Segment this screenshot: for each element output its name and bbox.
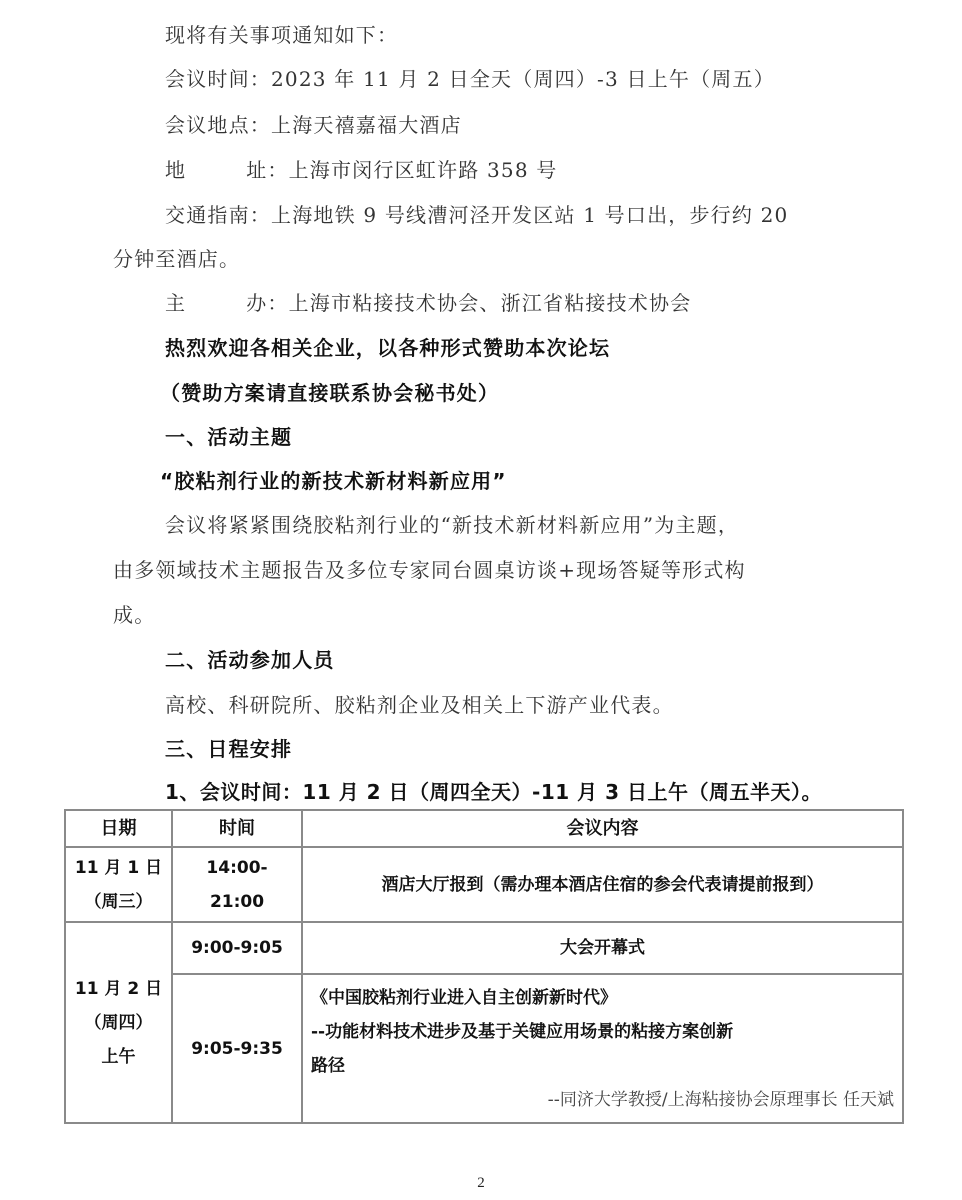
weekday-text: （周四） (74, 1006, 163, 1040)
address-value: 上海市闵行区虹许路 358 号 (289, 158, 558, 182)
address-label-b: 址： (246, 158, 288, 182)
date-text: 11 月 2 日 (74, 972, 163, 1006)
header-time: 时间 (172, 810, 302, 847)
content-cell: 《中国胶粘剂行业进入自主创新新时代》 --功能材料技术进步及基于关键应用场景的粘… (302, 974, 903, 1123)
time-cell: 9:00-9:05 (172, 922, 302, 974)
transport-value: 上海地铁 9 号线漕河泾开发区站 1 号口出，步行约 20 (271, 203, 789, 227)
section-3-title: 三、日程安排 (165, 736, 292, 762)
page-number: 2 (0, 1175, 962, 1192)
half-day-text: 上午 (74, 1040, 163, 1074)
address-line: 地址：上海市闵行区虹许路 358 号 (165, 157, 558, 183)
talk-subtitle-2: 路径 (311, 1049, 894, 1083)
section-1-title: 一、活动主题 (165, 424, 292, 450)
section-2-title: 二、活动参加人员 (165, 647, 335, 673)
content-cell: 大会开幕式 (302, 922, 903, 974)
content-cell: 酒店大厅报到（需办理本酒店住宿的参会代表请提前报到） (302, 847, 903, 922)
sponsor-invite: 热烈欢迎各相关企业，以各种形式赞助本次论坛 (165, 335, 610, 361)
table-row: 11 月 2 日 （周四） 上午 9:00-9:05 大会开幕式 (65, 922, 903, 974)
header-date: 日期 (65, 810, 172, 847)
sponsor-contact-note: （赞助方案请直接联系协会秘书处） (160, 380, 499, 406)
section-1-theme: “胶粘剂行业的新技术新材料新应用” (160, 468, 507, 494)
address-label-a: 地 (165, 158, 186, 182)
section-1-desc-2: 由多领域技术主题报告及多位专家同台圆桌访谈+现场答疑等形式构 (113, 557, 746, 583)
host-value: 上海市粘接技术协会、浙江省粘接技术协会 (289, 291, 692, 315)
header-content: 会议内容 (302, 810, 903, 847)
weekday-text: （周三） (74, 885, 163, 919)
venue-label: 会议地点： (165, 113, 271, 137)
section-2-desc: 高校、科研院所、胶粘剂企业及相关上下游产业代表。 (165, 692, 674, 718)
time-cell: 9:05-9:35 (172, 974, 302, 1123)
date-cell: 11 月 1 日 （周三） (65, 847, 172, 922)
meeting-time-value: 2023 年 11 月 2 日全天（周四）-3 日上午（周五） (271, 67, 775, 91)
intro-text: 现将有关事项通知如下： (165, 22, 398, 48)
transport-line: 交通指南：上海地铁 9 号线漕河泾开发区站 1 号口出，步行约 20 (165, 202, 789, 228)
section-3-subtitle: 1、会议时间：11 月 2 日（周四全天）-11 月 3 日上午（周五半天）。 (165, 779, 822, 805)
transport-label: 交通指南： (165, 203, 271, 227)
section-1-desc-3: 成。 (113, 602, 155, 628)
section-1-desc-1: 会议将紧紧围绕胶粘剂行业的“新技术新材料新应用”为主题， (165, 512, 739, 538)
host-label-b: 办： (246, 291, 288, 315)
schedule-table: 日期 时间 会议内容 11 月 1 日 （周三） 14:00-21:00 酒店大… (64, 809, 904, 1124)
meeting-time-label: 会议时间： (165, 67, 271, 91)
time-cell: 14:00-21:00 (172, 847, 302, 922)
host-label-a: 主 (165, 291, 186, 315)
venue-line: 会议地点：上海天禧嘉福大酒店 (165, 112, 462, 138)
talk-subtitle-1: --功能材料技术进步及基于关键应用场景的粘接方案创新 (311, 1015, 894, 1049)
meeting-time-line: 会议时间：2023 年 11 月 2 日全天（周四）-3 日上午（周五） (165, 66, 775, 92)
table-row: 9:05-9:35 《中国胶粘剂行业进入自主创新新时代》 --功能材料技术进步及… (65, 974, 903, 1123)
host-line: 主办：上海市粘接技术协会、浙江省粘接技术协会 (165, 290, 691, 316)
date-text: 11 月 1 日 (74, 851, 163, 885)
transport-line-2: 分钟至酒店。 (113, 246, 240, 272)
talk-title: 《中国胶粘剂行业进入自主创新新时代》 (311, 981, 894, 1015)
venue-value: 上海天禧嘉福大酒店 (271, 113, 462, 137)
speaker-credit: --同济大学教授/上海粘接协会原理事长 任天斌 (311, 1083, 894, 1117)
table-header-row: 日期 时间 会议内容 (65, 810, 903, 847)
date-cell: 11 月 2 日 （周四） 上午 (65, 922, 172, 1123)
table-row: 11 月 1 日 （周三） 14:00-21:00 酒店大厅报到（需办理本酒店住… (65, 847, 903, 922)
